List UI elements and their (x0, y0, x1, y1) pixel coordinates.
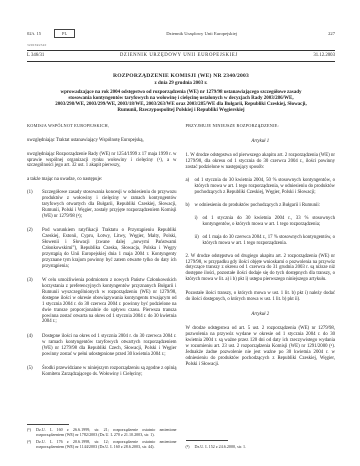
item-label: ii) (195, 235, 203, 247)
footnote-rule (27, 424, 69, 425)
footnote-number: (³) (186, 444, 195, 449)
article-1-paragraph-3: Pozostałe ilości transzy, o których mowa… (186, 291, 336, 303)
recital-number: (2) (27, 228, 42, 269)
recital-text: Szczegółowe zasady stosowania koncesji w… (42, 190, 177, 220)
recital-3: (3) W celu umożliwienia podmiotom z nowy… (27, 278, 177, 325)
article-1-paragraph-1: 1. W drodze odstępstwa od pierwszego aka… (186, 153, 336, 171)
item-text: od 1 stycznia do 30 kwietnia 2004 r., 33… (203, 216, 336, 228)
journal-header: L 346/31 DZIENNIK URZĘDOWY UNII EUROPEJS… (27, 51, 335, 62)
article-1-heading: Artykuł 1 (186, 139, 336, 145)
recital-2: (2) Pod warunkiem ratyfikacji Traktatu o… (27, 228, 177, 269)
item-text: od 1 maja do 30 czerwca 2004 r., 17 % st… (203, 235, 336, 247)
edition-number: 02/t. 15 (27, 31, 41, 36)
regulation-subtitle: wprowadzające na rok 2004 odstępstwo od … (55, 90, 307, 115)
having-regard-treaty: uwzględniając Traktat ustanawiający Wspó… (27, 138, 177, 144)
running-header-left: 02/t. 15 PL (27, 29, 75, 38)
whereas-intro: a także mając na uwadze, co następuje: (27, 177, 177, 183)
article-1-item-b-ii: ii) od 1 maja do 30 czerwca 2004 r., 17 … (195, 235, 336, 247)
recital-4: (4) Dostępne ilości na okres od 1 styczn… (27, 334, 177, 358)
issue-number: L 346/31 (27, 53, 44, 58)
enacting-formula: PRZYJMUJE NINIEJSZE ROZPORZĄDZENIE: (186, 123, 336, 129)
recital-text: Środki przewidziane w niniejszym rozporz… (42, 366, 177, 378)
recital-text: Pod warunkiem ratyfikacji Traktatu o Prz… (42, 228, 177, 269)
recital-text: W celu umożliwienia podmiotom z nowych P… (42, 278, 177, 325)
article-1-item-b: b) w odniesieniu do produktów pochodzący… (186, 203, 336, 209)
article-1-paragraph-2: 2. W drodze odstępstwa od drugiego akapi… (186, 254, 336, 284)
recital-5: (5) Środki przewidziane w niniejszym roz… (27, 366, 177, 378)
item-label: a) (186, 178, 195, 196)
item-text: w odniesieniu do produktów pochodzących … (195, 203, 336, 209)
journal-name-caps: DZIENNIK URZĘDOWY UNII EUROPEJSKIEJ (120, 53, 238, 58)
article-1-item-a: a) od 1 stycznia do 30 kwietnia 2004, 50… (186, 178, 336, 196)
item-label: b) (186, 203, 195, 209)
recital-number: (3) (27, 278, 42, 325)
recital-number: (4) (27, 334, 42, 358)
footnote-number: (²) (27, 439, 36, 449)
right-footnotes: (³) Dz.U. L 152 z 24.6.2000, str. 1. (186, 440, 336, 450)
recital-number: (1) (27, 190, 42, 220)
footnote-1: (¹) Dz.U. L 160 z 26.6.1999, str. 21; ro… (27, 427, 177, 437)
footnote-rule (186, 440, 228, 441)
commission-line: KOMISJA WSPÓLNOT EUROPEJSKICH, (27, 123, 177, 129)
article-1-item-b-i: i) od 1 stycznia do 30 kwietnia 2004 r.,… (195, 216, 336, 228)
item-label: i) (195, 216, 203, 228)
regulation-date: z dnia 29 grudnia 2003 r. (27, 81, 335, 86)
running-header: 02/t. 15 PL Dziennik Urzędowy Unii Europ… (27, 29, 335, 38)
recital-text: Dostępne ilości na okres od 1 stycznia 2… (42, 334, 177, 358)
page-number: 227 (328, 31, 335, 36)
journal-page: 02/t. 15 PL Dziennik Urzędowy Unii Europ… (0, 0, 360, 466)
journal-name: Dziennik Urzędowy Unii Europejskiej (166, 31, 237, 36)
article-2-paragraph-1: W drodze odstępstwa od art. 5 ust. 2 roz… (186, 326, 336, 367)
footnote-text: Dz.U. L 160 z 26.6.1999, str. 21; rozpor… (36, 427, 177, 437)
footnote-2: (²) Dz.U. L 176 z 20.6.1998, str. 12; ro… (27, 439, 177, 449)
footnote-number: (¹) (27, 427, 36, 437)
regulation-title: ROZPORZĄDZENIE KOMISJI (WE) NR 2340/2003 (27, 73, 335, 79)
item-text: od 1 stycznia do 30 kwietnia 2004, 50 % … (195, 178, 336, 196)
recital-1: (1) Szczegółowe zasady stosowania konces… (27, 190, 177, 220)
footnote-text: Dz.U. L 176 z 20.6.1998, str. 12; rozpor… (36, 439, 177, 449)
left-column: KOMISJA WSPÓLNOT EUROPEJSKICH, uwzględni… (27, 123, 177, 450)
having-regard-regulation: uwzględniając Rozporządzenie Rady (WE) n… (27, 152, 177, 170)
title-block: ROZPORZĄDZENIE KOMISJI (WE) NR 2340/2003… (27, 73, 335, 115)
recital-number: (5) (27, 366, 42, 378)
left-footnotes: (¹) Dz.U. L 160 z 26.6.1999, str. 21; ro… (27, 424, 177, 451)
article-2-heading: Artykuł 2 (186, 312, 336, 318)
issue-date: 31.12.2003 (313, 53, 335, 58)
right-column: PRZYJMUJE NINIEJSZE ROZPORZĄDZENIE: Arty… (186, 123, 336, 450)
body-columns: KOMISJA WSPÓLNOT EUROPEJSKICH, uwzględni… (27, 123, 335, 450)
footnote-3: (³) Dz.U. L 152 z 24.6.2000, str. 1. (186, 444, 336, 449)
page-content: 02/t. 15 PL Dziennik Urzędowy Unii Europ… (27, 29, 335, 450)
footnote-text: Dz.U. L 152 z 24.6.2000, str. 1. (195, 444, 336, 449)
language-badge: PL (54, 29, 75, 38)
celex-code: 32003R2340 (27, 43, 335, 47)
